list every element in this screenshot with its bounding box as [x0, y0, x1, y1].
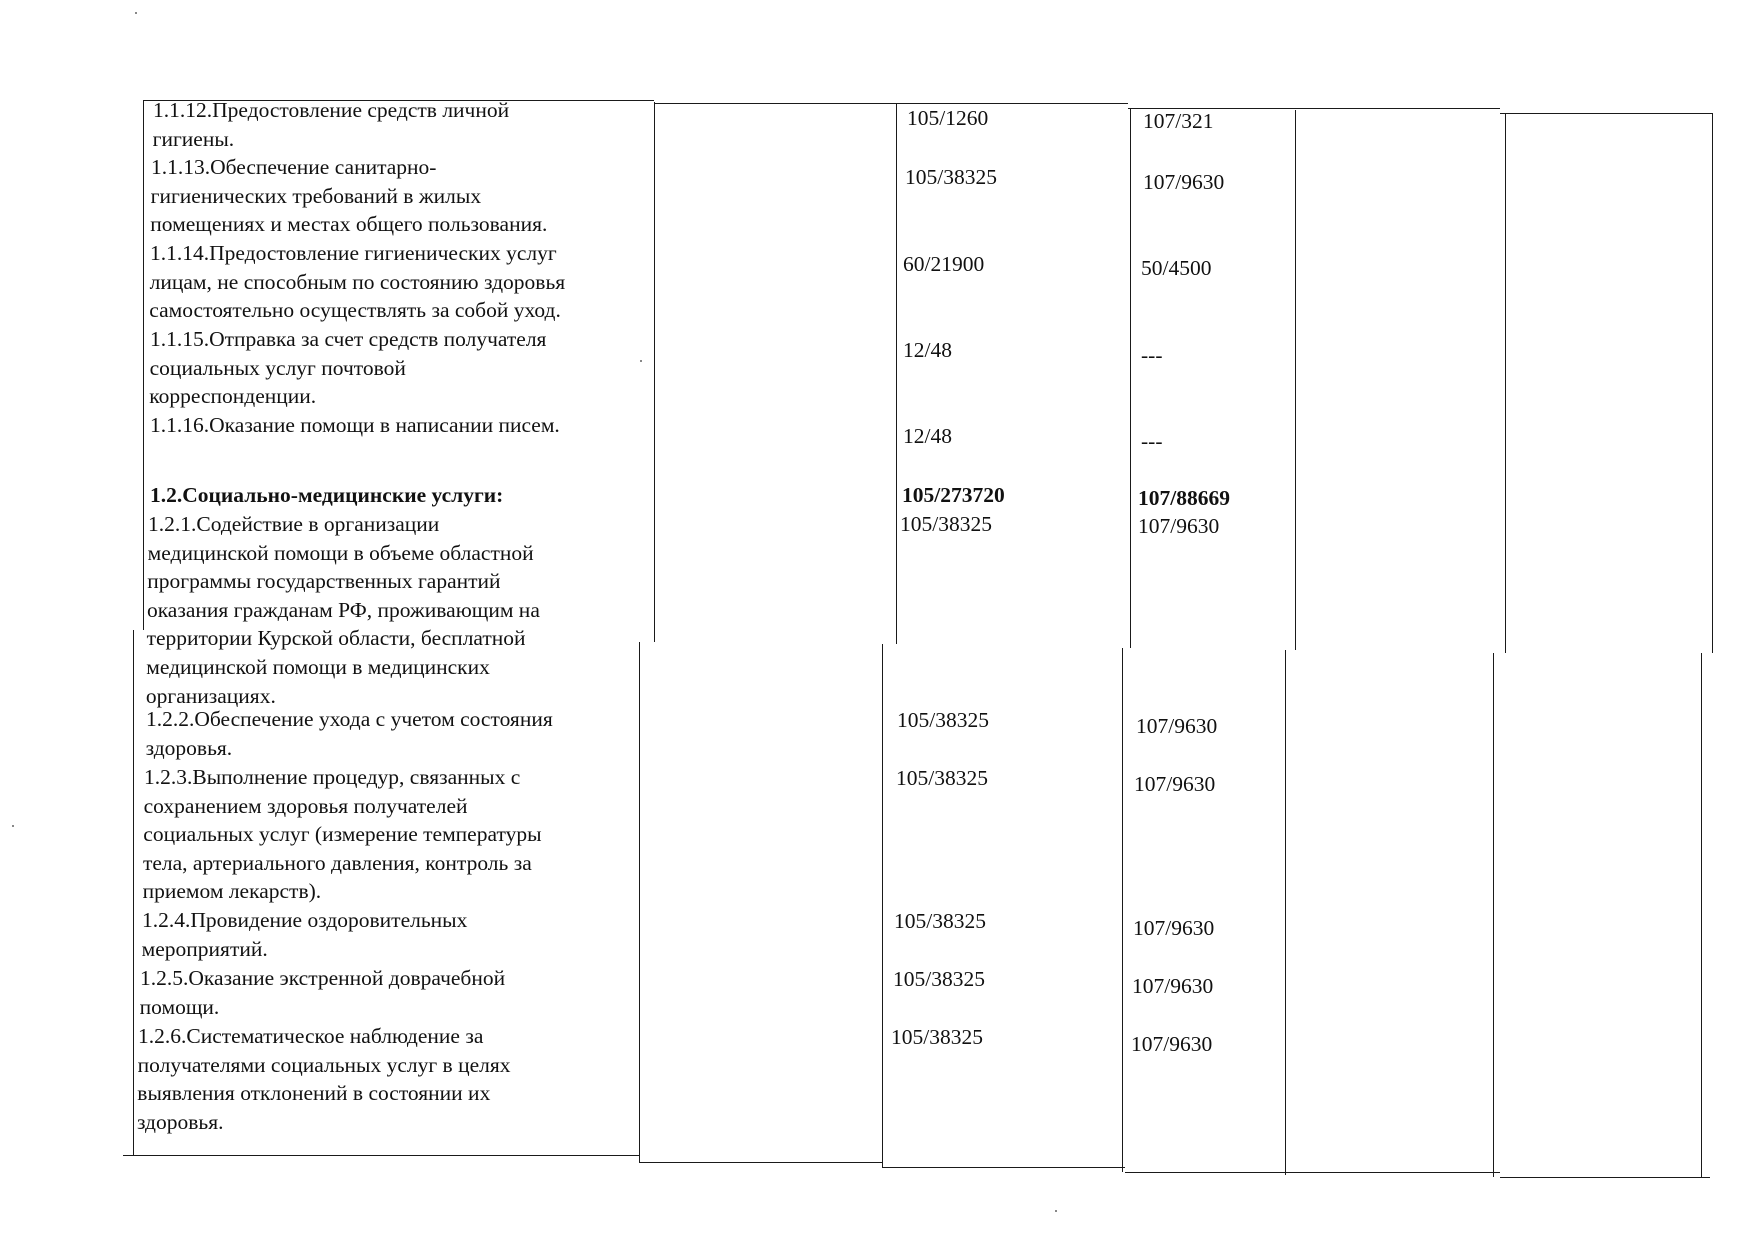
scanned-page: 1.1.12.Предостовление средств личнойгиги…	[0, 0, 1754, 1240]
service-description-line: помещениях и местах общего пользования.	[150, 210, 650, 239]
service-description-line: 1.2.Социально-медицинские услуги:	[150, 481, 650, 510]
column-divider	[1505, 113, 1506, 653]
actual-value: ---	[1141, 427, 1162, 455]
planned-value: 105/273720	[902, 481, 1005, 509]
table-bottom-border	[1500, 1177, 1710, 1178]
planned-value: 105/38325	[897, 706, 989, 734]
column-divider	[882, 644, 883, 1167]
planned-value: 12/48	[903, 422, 952, 450]
actual-value: 107/9630	[1138, 512, 1219, 540]
service-description-line: 1.2.2.Обеспечение ухода с учетом состоян…	[146, 705, 646, 734]
column-divider	[1285, 650, 1286, 1175]
actual-value: ---	[1141, 341, 1162, 369]
table-right-border	[1712, 113, 1713, 653]
service-description-line: социальных услуг почтовой	[150, 354, 650, 383]
service-description-line: получателями социальных услуг в целях	[138, 1051, 638, 1080]
column-divider	[1122, 648, 1123, 1172]
table-left-border	[143, 100, 144, 630]
service-description-line: программы государственных гарантий	[147, 567, 647, 596]
service-description-line: 1.1.14.Предостовление гигиенических услу…	[150, 239, 650, 268]
service-description-line: здоровья.	[146, 734, 646, 763]
service-description-line: корреспонденции.	[149, 382, 649, 411]
table-left-border	[133, 630, 134, 1155]
planned-value: 105/38325	[893, 965, 985, 993]
actual-value: 107/321	[1143, 107, 1213, 135]
planned-value: 105/38325	[894, 907, 986, 935]
actual-value: 107/9630	[1132, 972, 1213, 1000]
service-description-line: сохранением здоровья получателей	[144, 792, 644, 821]
actual-value: 107/9630	[1143, 168, 1224, 196]
service-description-line: 1.1.15.Отправка за счет средств получате…	[150, 325, 650, 354]
service-description-line: социальных услуг (измерение температуры	[143, 820, 643, 849]
service-description-line: 1.1.16.Оказание помощи в написании писем…	[150, 411, 650, 440]
service-description-line: гигиены.	[153, 125, 653, 154]
column-divider	[654, 102, 655, 642]
scan-speck	[135, 12, 137, 14]
column-divider	[896, 104, 897, 644]
table-right-border	[1701, 653, 1702, 1177]
actual-value: 107/9630	[1136, 712, 1217, 740]
actual-value: 50/4500	[1141, 254, 1211, 282]
service-description-line: самостоятельно осуществлять за собой ухо…	[149, 296, 649, 325]
planned-value: 105/1260	[907, 104, 988, 132]
table-top-border	[654, 103, 1128, 104]
planned-value: 105/38325	[891, 1023, 983, 1051]
actual-value: 107/9630	[1133, 914, 1214, 942]
service-description-line: гигиенических требований в жилых	[151, 182, 651, 211]
table-bottom-border	[639, 1162, 882, 1163]
column-divider	[1493, 653, 1494, 1177]
service-description-line: помощи.	[140, 993, 640, 1022]
actual-value: 107/9630	[1134, 770, 1215, 798]
service-description-line: 1.2.3.Выполнение процедур, связанных с	[144, 763, 644, 792]
service-description-line: медицинской помощи в медицинских	[146, 653, 646, 682]
planned-value: 105/38325	[905, 163, 997, 191]
planned-value: 60/21900	[903, 250, 984, 278]
service-description-line: приемом лекарств).	[143, 877, 643, 906]
scan-speck	[12, 825, 14, 827]
scan-speck	[1055, 1210, 1057, 1212]
service-description-line: мероприятий.	[142, 935, 642, 964]
service-description-line: выявления отклонений в состоянии их	[137, 1079, 637, 1108]
service-description-line: лицам, не способным по состоянию здоровь…	[150, 268, 650, 297]
scan-speck	[640, 360, 642, 362]
service-description-line: 1.2.6.Систематическое наблюдение за	[138, 1022, 638, 1051]
service-description-line: здоровья.	[137, 1108, 637, 1137]
planned-value: 105/38325	[896, 764, 988, 792]
table-bottom-border	[123, 1155, 639, 1156]
actual-value: 107/9630	[1131, 1030, 1212, 1058]
column-divider	[1130, 108, 1131, 648]
service-description-line: 1.2.5.Оказание экстренной доврачебной	[140, 964, 640, 993]
service-description-line: территории Курской области, бесплатной	[147, 624, 647, 653]
service-description-line: 1.1.12.Предостовление средств личной	[153, 96, 653, 125]
planned-value: 105/38325	[900, 510, 992, 538]
service-description-line: оказания гражданам РФ, проживающим на	[147, 596, 647, 625]
service-description-line: 1.2.4.Провидение оздоровительных	[142, 906, 642, 935]
table-bottom-border	[1125, 1172, 1500, 1173]
service-description-line: тела, артериального давления, контроль з…	[143, 849, 643, 878]
service-description-line: 1.2.1.Содействие в организации	[148, 510, 648, 539]
service-description-line: медицинской помощи в объеме областной	[148, 539, 648, 568]
table-top-border	[1500, 113, 1712, 114]
column-divider	[1295, 110, 1296, 650]
service-description-line: 1.1.13.Обеспечение санитарно-	[151, 153, 651, 182]
actual-value: 107/88669	[1138, 484, 1230, 512]
table-bottom-border	[882, 1167, 1125, 1168]
planned-value: 12/48	[903, 336, 952, 364]
